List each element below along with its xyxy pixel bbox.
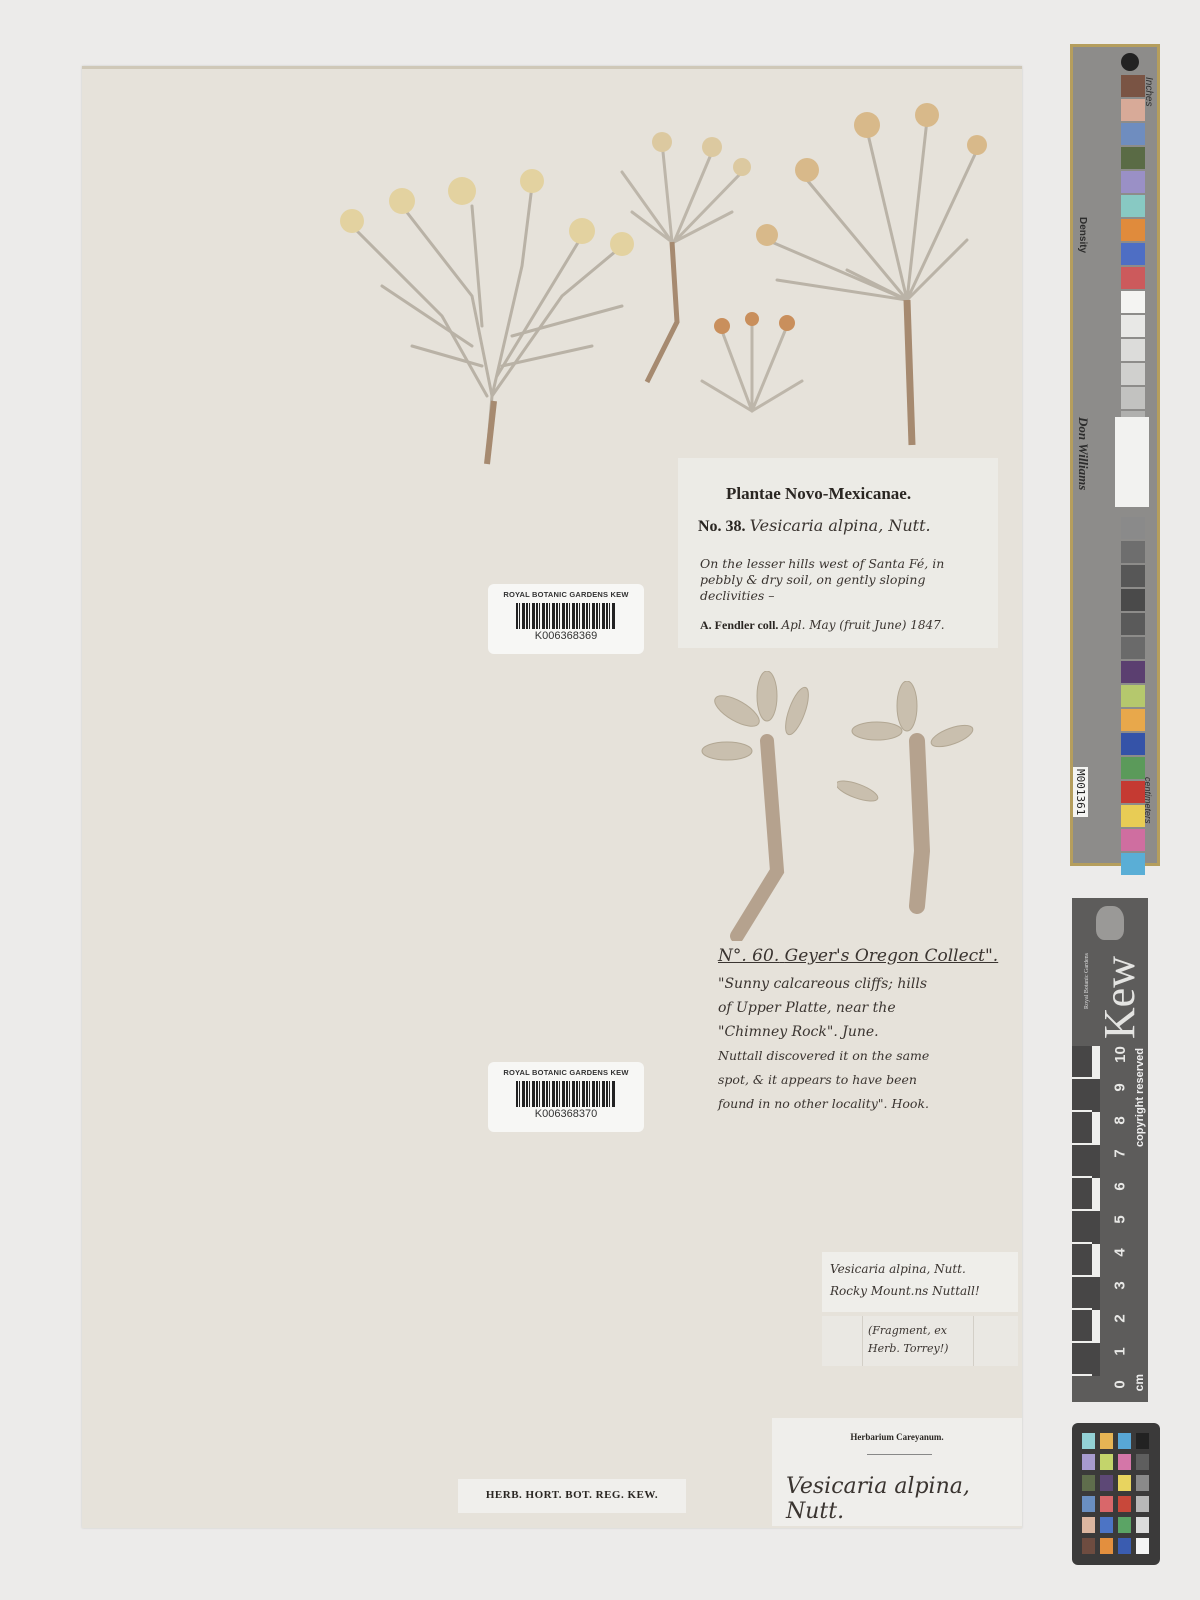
color-swatch bbox=[1121, 709, 1145, 731]
color-swatch bbox=[1121, 387, 1145, 409]
carey-label: Herbarium Careyanum. Vesicaria alpina, N… bbox=[772, 1418, 1022, 1526]
checker-chip bbox=[1118, 1538, 1131, 1554]
inches-label: Inches bbox=[1143, 77, 1154, 106]
plant-specimen-lower-right bbox=[837, 681, 977, 921]
sheet-top-edge bbox=[82, 66, 1022, 69]
torrey-label: (Fragment, ex Herb. Torrey!) bbox=[822, 1316, 1018, 1366]
color-swatch bbox=[1121, 147, 1145, 169]
color-calibration-ruler: Inches Density Don Williams M001361 cent… bbox=[1070, 44, 1160, 866]
checker-chip bbox=[1100, 1454, 1113, 1470]
color-swatch bbox=[1121, 829, 1145, 851]
geyer-line-5: spot, & it appears to have been bbox=[718, 1068, 1008, 1092]
carey-taxon: Vesicaria alpina, Nutt. bbox=[786, 1474, 1022, 1524]
checker-chip bbox=[1136, 1496, 1149, 1512]
checker-chip bbox=[1136, 1538, 1149, 1554]
nuttall-label: Vesicaria alpina, Nutt. Rocky Mount.ns N… bbox=[822, 1252, 1018, 1312]
fendler-number: No. 38. bbox=[698, 518, 746, 535]
barcode-header: ROYAL BOTANIC GARDENS KEW bbox=[488, 590, 644, 599]
checker-chip bbox=[1118, 1433, 1131, 1449]
barcode-label-1: ROYAL BOTANIC GARDENS KEW K006368369 bbox=[488, 584, 644, 654]
scale-tick-label: 9 bbox=[1112, 1083, 1129, 1091]
fendler-collector-line: A. Fendler coll. Apl. May (fruit June) 1… bbox=[700, 618, 945, 633]
scale-checkers bbox=[1072, 1046, 1092, 1376]
plant-specimen-upper-right bbox=[747, 100, 987, 450]
barcode-number: K006368370 bbox=[488, 1108, 644, 1120]
color-swatch bbox=[1121, 565, 1145, 587]
geyer-line-4: Nuttall discovered it on the same bbox=[718, 1044, 1008, 1068]
scale-tick-label: 5 bbox=[1112, 1215, 1129, 1223]
ruler-target-patch bbox=[1115, 417, 1149, 507]
color-swatch bbox=[1121, 339, 1145, 361]
fendler-label: Plantae Novo-Mexicanae. No. 38. Vesicari… bbox=[678, 458, 998, 648]
checker-chip bbox=[1100, 1433, 1113, 1449]
kew-stamp-label: HERB. HORT. BOT. REG. KEW. bbox=[458, 1479, 686, 1513]
checker-chip bbox=[1082, 1475, 1095, 1491]
color-swatch bbox=[1121, 219, 1145, 241]
checker-chip bbox=[1136, 1433, 1149, 1449]
scale-tick-label: 8 bbox=[1112, 1116, 1129, 1124]
fendler-number-line: No. 38. Vesicaria alpina, Nutt. bbox=[698, 516, 931, 536]
herbarium-sheet: ROYAL BOTANIC GARDENS KEW K006368369 ROY… bbox=[82, 66, 1022, 1528]
checker-chip bbox=[1100, 1496, 1113, 1512]
color-swatch bbox=[1121, 613, 1145, 635]
geyer-label: N°. 60. Geyer's Oregon Collect". "Sunny … bbox=[718, 946, 1008, 1116]
fendler-locality: On the lesser hills west of Santa Fé, in… bbox=[700, 556, 990, 604]
ruler-id: M001361 bbox=[1073, 767, 1088, 817]
color-swatch bbox=[1121, 363, 1145, 385]
barcode-bars bbox=[516, 1081, 616, 1107]
scale-tick-label: 10 bbox=[1112, 1046, 1129, 1063]
checker-chip bbox=[1100, 1475, 1113, 1491]
checker-chip bbox=[1118, 1496, 1131, 1512]
color-swatch bbox=[1121, 637, 1145, 659]
checker-chip bbox=[1100, 1538, 1113, 1554]
checker-chip bbox=[1082, 1517, 1095, 1533]
color-swatch bbox=[1121, 75, 1145, 97]
scale-tick-label: 0 bbox=[1112, 1380, 1129, 1388]
barcode-number: K006368369 bbox=[488, 630, 644, 642]
geyer-line-6: found in no other locality". Hook. bbox=[718, 1092, 1008, 1116]
color-swatch bbox=[1121, 685, 1145, 707]
centimeters-label: centimeters bbox=[1143, 777, 1153, 824]
color-swatch bbox=[1121, 99, 1145, 121]
scale-alt-checkers bbox=[1092, 1046, 1100, 1376]
color-swatch bbox=[1121, 781, 1145, 803]
color-swatch bbox=[1121, 291, 1145, 313]
scale-tick-label: 3 bbox=[1112, 1281, 1129, 1289]
kew-crest-icon bbox=[1096, 906, 1124, 940]
geyer-title: Geyer's Oregon Collect". bbox=[785, 946, 999, 966]
checker-chip bbox=[1136, 1475, 1149, 1491]
density-label: Density bbox=[1077, 217, 1088, 253]
color-swatch bbox=[1121, 195, 1145, 217]
fendler-taxon: Vesicaria alpina, Nutt. bbox=[750, 516, 931, 535]
color-swatch bbox=[1121, 171, 1145, 193]
geyer-title-line: N°. 60. Geyer's Oregon Collect". bbox=[718, 946, 1008, 966]
color-swatch bbox=[1121, 733, 1145, 755]
copyright-text: copyright reserved bbox=[1134, 1048, 1146, 1147]
cm-unit-label: cm bbox=[1132, 1374, 1146, 1391]
swatch-column-top bbox=[1121, 75, 1145, 435]
barcode-bars bbox=[516, 603, 616, 629]
checker-chip bbox=[1136, 1454, 1149, 1470]
ruler-hole-top bbox=[1121, 53, 1139, 71]
color-swatch bbox=[1121, 853, 1145, 875]
scale-tick-label: 1 bbox=[1112, 1347, 1129, 1355]
scale-tick-label: 4 bbox=[1112, 1248, 1129, 1256]
torrey-line-2: Herb. Torrey!) bbox=[868, 1342, 948, 1355]
carey-rule bbox=[867, 1454, 932, 1455]
color-swatch bbox=[1121, 757, 1145, 779]
checker-chip bbox=[1100, 1517, 1113, 1533]
checker-chip bbox=[1136, 1517, 1149, 1533]
checker-chip bbox=[1118, 1517, 1131, 1533]
kew-scale-bar: Kew Royal Botanic Gardens 012345678910 c… bbox=[1072, 898, 1148, 1402]
fendler-date: Apl. May (fruit June) 1847. bbox=[781, 618, 944, 632]
color-swatch bbox=[1121, 123, 1145, 145]
carey-header: Herbarium Careyanum. bbox=[772, 1432, 1022, 1442]
scale-tick-label: 7 bbox=[1112, 1149, 1129, 1157]
checker-chip bbox=[1082, 1433, 1095, 1449]
color-swatch bbox=[1121, 805, 1145, 827]
checker-chip bbox=[1118, 1475, 1131, 1491]
kew-stamp-text: HERB. HORT. BOT. REG. KEW. bbox=[458, 1489, 686, 1501]
geyer-note: "Sunny calcareous cliffs; hills of Upper… bbox=[718, 972, 1008, 1116]
color-swatch bbox=[1121, 661, 1145, 683]
kew-subtitle: Royal Botanic Gardens bbox=[1084, 953, 1090, 1009]
geyer-line-3: "Chimney Rock". June. bbox=[718, 1020, 1008, 1044]
checker-chip bbox=[1118, 1454, 1131, 1470]
nuttall-line-1: Vesicaria alpina, Nutt. bbox=[830, 1262, 966, 1276]
color-swatch bbox=[1121, 243, 1145, 265]
scale-tick-label: 2 bbox=[1112, 1314, 1129, 1322]
color-swatch bbox=[1121, 315, 1145, 337]
geyer-line-1: "Sunny calcareous cliffs; hills bbox=[718, 972, 1008, 996]
plant-specimen-lower-left bbox=[697, 671, 827, 941]
color-swatch bbox=[1121, 589, 1145, 611]
checker-chip bbox=[1082, 1454, 1095, 1470]
barcode-header: ROYAL BOTANIC GARDENS KEW bbox=[488, 1068, 644, 1077]
color-checker-card bbox=[1072, 1423, 1160, 1565]
checker-chip bbox=[1082, 1496, 1095, 1512]
scale-tick-label: 6 bbox=[1112, 1182, 1129, 1190]
color-swatch bbox=[1121, 517, 1145, 539]
color-swatch bbox=[1121, 267, 1145, 289]
kew-logo: Kew bbox=[1094, 956, 1145, 1039]
swatch-column-bottom bbox=[1121, 517, 1145, 877]
barcode-label-2: ROYAL BOTANIC GARDENS KEW K006368370 bbox=[488, 1062, 644, 1132]
don-williams-brand: Don Williams bbox=[1075, 417, 1091, 490]
geyer-number: N°. 60. bbox=[718, 946, 779, 966]
checker-chip bbox=[1082, 1538, 1095, 1554]
fendler-collector: A. Fendler coll. bbox=[700, 618, 778, 632]
geyer-line-2: of Upper Platte, near the bbox=[718, 996, 1008, 1020]
nuttall-line-2: Rocky Mount.ns Nuttall! bbox=[830, 1284, 980, 1298]
fendler-title: Plantae Novo-Mexicanae. bbox=[726, 484, 911, 504]
torrey-line-1: (Fragment, ex bbox=[868, 1324, 947, 1337]
color-swatch bbox=[1121, 541, 1145, 563]
